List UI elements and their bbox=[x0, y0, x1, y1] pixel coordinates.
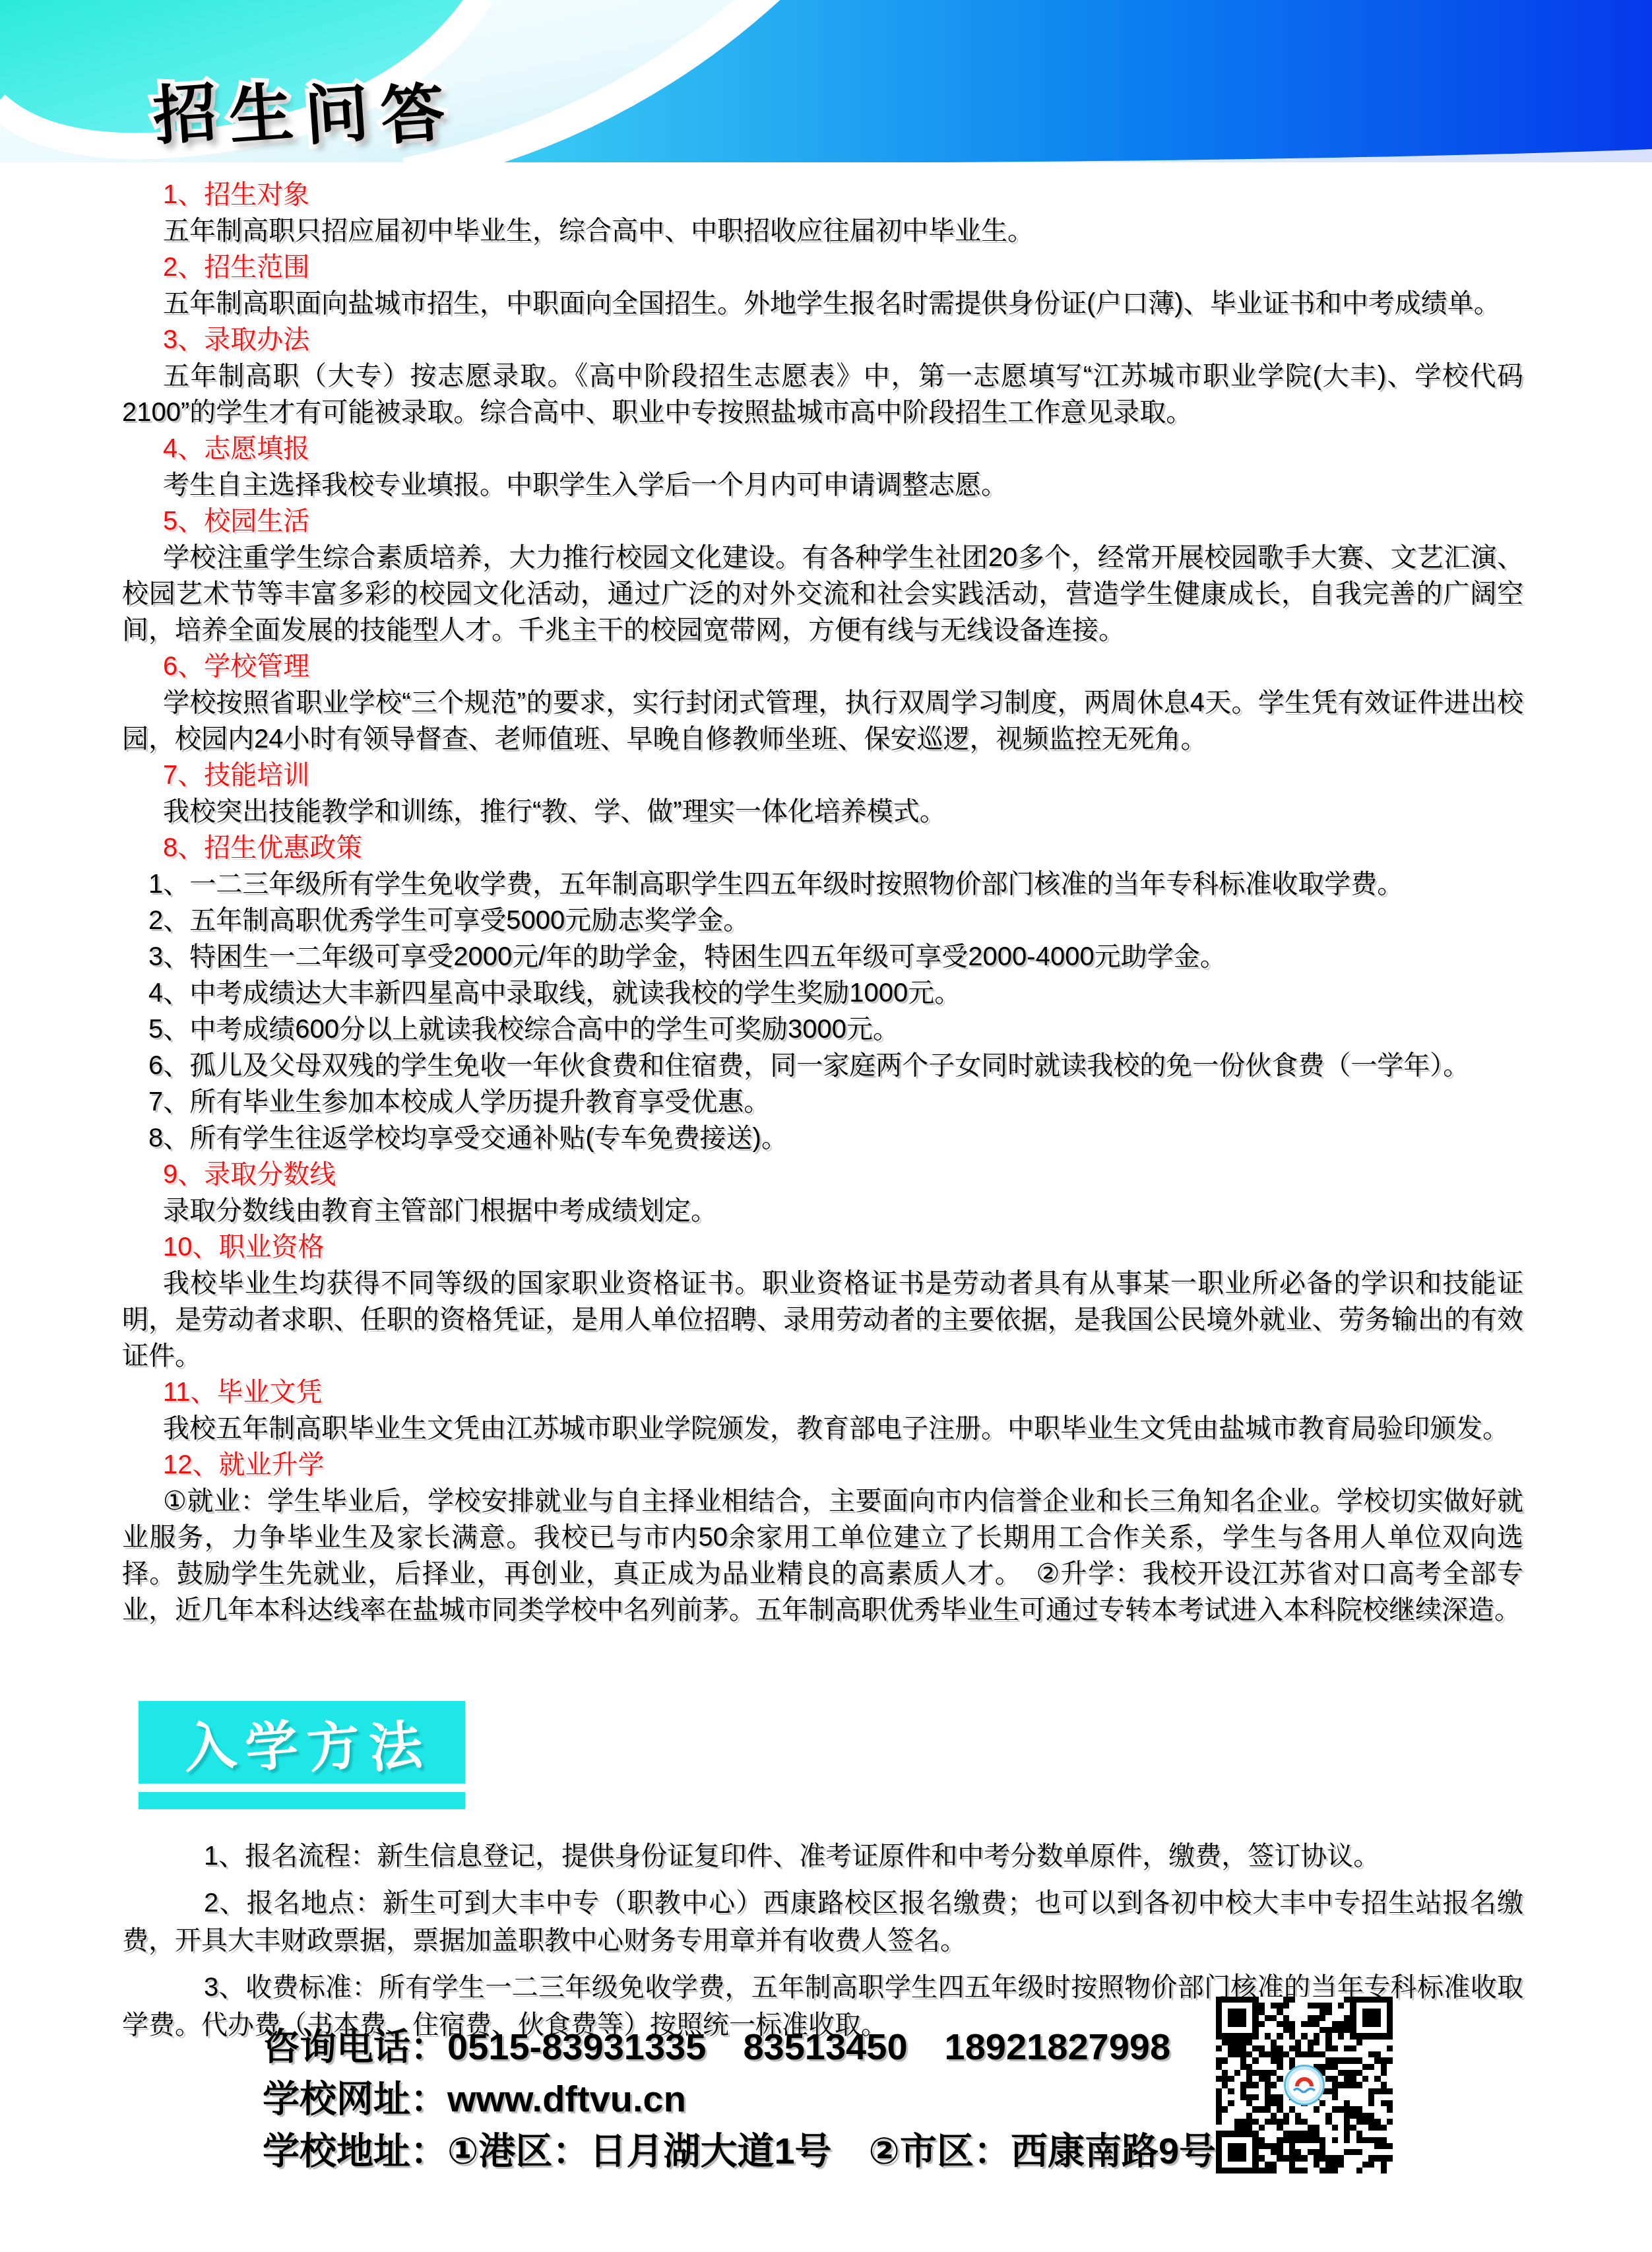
title-char: 入 bbox=[179, 1702, 239, 1783]
qa-paragraph: 学校注重学生综合素质培养，大力推行校园文化建设。有各种学生社团20多个，经常开展… bbox=[122, 540, 1523, 649]
title-char: 生 bbox=[226, 76, 296, 154]
qa-policy-item: 5、中考成绩600分以上就读我校综合高中的学生可奖励3000元。 bbox=[122, 1012, 1523, 1048]
title-char: 学 bbox=[241, 1702, 301, 1783]
qa-section-title: 11、毕业文凭 bbox=[122, 1374, 1523, 1411]
qa-section-title: 4、志愿填报 bbox=[122, 431, 1523, 467]
qa-paragraph: 录取分数线由教育主管部门根据中考成绩划定。 bbox=[122, 1193, 1523, 1229]
contact-value: ①港区：日月湖大道1号 ②市区：西康南路9号 bbox=[447, 2130, 1216, 2172]
school-logo-icon bbox=[1284, 2065, 1325, 2106]
qa-section-title: 5、校园生活 bbox=[122, 503, 1523, 540]
title-char: 招 bbox=[150, 76, 220, 154]
qa-section-title: 6、学校管理 bbox=[122, 649, 1523, 685]
qa-policy-item: 2、五年制高职优秀学生可享受5000元励志奖学金。 bbox=[122, 903, 1523, 939]
contact-label: 学校网址： bbox=[263, 2078, 447, 2119]
qa-paragraph: 我校五年制高职毕业生文凭由江苏城市职业学院颁发，教育部电子注册。中职毕业生文凭由… bbox=[122, 1411, 1523, 1447]
contact-label: 学校地址： bbox=[263, 2130, 447, 2172]
qa-policy-item: 6、孤儿及父母双残的学生免收一年伙食费和住宿费，同一家庭两个子女同时就读我校的免… bbox=[122, 1048, 1523, 1084]
qa-paragraph: 五年制高职只招应届初中毕业生，综合高中、中职招收应往届初中毕业生。 bbox=[122, 213, 1523, 249]
qa-policy-item: 8、所有学生往返学校均享受交通补贴(专车免费接送)。 bbox=[122, 1120, 1523, 1157]
qa-list: 1、招生对象五年制高职只招应届初中毕业生，综合高中、中职招收应往届初中毕业生。2… bbox=[122, 177, 1523, 1628]
title-char: 方 bbox=[303, 1702, 363, 1783]
title-char: 答 bbox=[378, 76, 447, 154]
title-char: 法 bbox=[365, 1702, 425, 1783]
qa-policy-item: 7、所有毕业生参加本校成人学历提升教育享受优惠。 bbox=[122, 1084, 1523, 1120]
page-header-banner: 招生问答 bbox=[0, 0, 1652, 162]
contact-label: 咨询电话： bbox=[263, 2026, 447, 2067]
qa-policy-item: 4、中考成绩达大丰新四星高中录取线，就读我校的学生奖励1000元。 bbox=[122, 975, 1523, 1012]
qa-section-title: 10、职业资格 bbox=[122, 1229, 1523, 1266]
qa-policy-item: 3、特困生一二年级可享受2000元/年的助学金，特困生四五年级可享受2000-4… bbox=[122, 939, 1523, 975]
contact-row: 咨询电话：0515-83931335 83513450 18921827998 bbox=[263, 2020, 1252, 2073]
method-banner-underline bbox=[139, 1792, 465, 1809]
qa-paragraph: 五年制高职（大专）按志愿录取。《高中阶段招生志愿表》中，第一志愿填写“江苏城市职… bbox=[122, 358, 1523, 431]
method-banner-title: 入学方法 bbox=[178, 1704, 426, 1780]
qa-section-title: 7、技能培训 bbox=[122, 757, 1523, 794]
qa-section-title: 12、就业升学 bbox=[122, 1447, 1523, 1483]
contact-value: www.dftvu.cn bbox=[447, 2078, 686, 2119]
qa-paragraph: 我校毕业生均获得不同等级的国家职业资格证书。职业资格证书是劳动者具有从事某一职业… bbox=[122, 1266, 1523, 1374]
page-title: 招生问答 bbox=[153, 78, 457, 152]
method-item: 2、报名地点：新生可到大丰中专（职教中心）西康路校区报名缴费；也可以到各初中校大… bbox=[122, 1884, 1523, 1960]
qa-paragraph: 我校突出技能教学和训练，推行“教、学、做”理实一体化培养模式。 bbox=[122, 794, 1523, 830]
qa-paragraph: 学校按照省职业学校“三个规范”的要求，实行封闭式管理，执行双周学习制度，两周休息… bbox=[122, 685, 1523, 757]
qr-code bbox=[1216, 1997, 1393, 2173]
contact-block: 咨询电话：0515-83931335 83513450 18921827998学… bbox=[263, 2020, 1252, 2177]
qa-section-title: 3、录取办法 bbox=[122, 322, 1523, 358]
qa-section-title: 2、招生范围 bbox=[122, 249, 1523, 286]
qa-section-title: 1、招生对象 bbox=[122, 177, 1523, 213]
contact-value: 0515-83931335 83513450 18921827998 bbox=[447, 2026, 1170, 2067]
contact-row: 学校网址：www.dftvu.cn bbox=[263, 2073, 1252, 2125]
qa-policy-item: 1、一二三年级所有学生免收学费，五年制高职学生四五年级时按照物价部门核准的当年专… bbox=[122, 866, 1523, 903]
qa-paragraph: 考生自主选择我校专业填报。中职学生入学后一个月内可申请调整志愿。 bbox=[122, 467, 1523, 503]
brochure-page: 招生问答 1、招生对象五年制高职只招应届初中毕业生，综合高中、中职招收应往届初中… bbox=[0, 0, 1652, 2252]
qa-paragraph: 五年制高职面向盐城市招生，中职面向全国招生。外地学生报名时需提供身份证(户口薄)… bbox=[122, 286, 1523, 322]
method-item: 1、报名流程：新生信息登记，提供身份证复印件、准考证原件和中考分数单原件，缴费，… bbox=[122, 1838, 1523, 1875]
title-char: 问 bbox=[302, 76, 371, 154]
qa-section-title: 9、录取分数线 bbox=[122, 1157, 1523, 1193]
contact-row: 学校地址：①港区：日月湖大道1号 ②市区：西康南路9号 bbox=[263, 2125, 1252, 2177]
method-banner: 入学方法 bbox=[139, 1701, 465, 1784]
qa-section-title: 8、招生优惠政策 bbox=[122, 830, 1523, 866]
qa-paragraph: ①就业：学生毕业后，学校安排就业与自主择业相结合，主要面向市内信誉企业和长三角知… bbox=[122, 1483, 1523, 1628]
